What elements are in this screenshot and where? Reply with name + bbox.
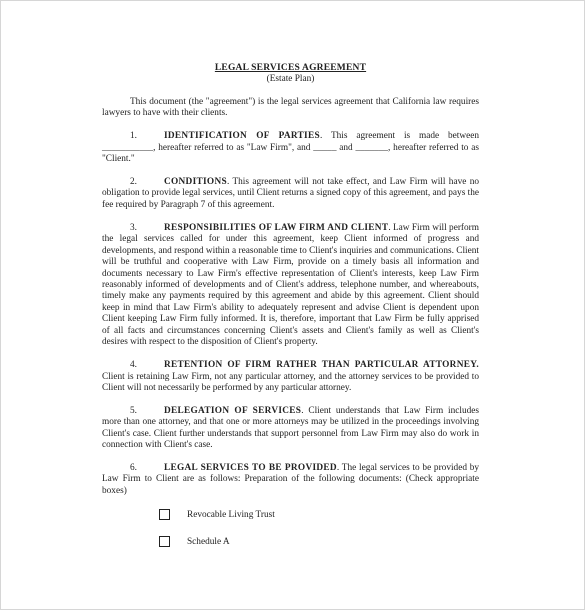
- section-heading: CONDITIONS: [164, 177, 227, 187]
- checklist-item-schedule-a[interactable]: Schedule A: [102, 536, 479, 563]
- section-number: 3.: [130, 223, 164, 234]
- section-heading: LEGAL SERVICES TO BE PROVIDED: [164, 463, 337, 473]
- checklist-item-revocable-living-trust[interactable]: Revocable Living Trust: [102, 509, 479, 536]
- section-number: 2.: [130, 177, 164, 188]
- section-heading: RETENTION OF FIRM RATHER THAN PARTICULAR…: [164, 360, 479, 370]
- section-6: 6.LEGAL SERVICES TO BE PROVIDED. The leg…: [102, 463, 479, 497]
- document-checklist: Revocable Living Trust Schedule A: [102, 509, 479, 563]
- section-text: . Law Firm will perform the legal servic…: [102, 223, 479, 348]
- section-2: 2.CONDITIONS. This agreement will not ta…: [102, 177, 479, 211]
- section-heading: IDENTIFICATION OF PARTIES: [164, 131, 320, 141]
- section-3: 3.RESPONSIBILITIES OF LAW FIRM AND CLIEN…: [102, 223, 479, 349]
- document-body: LEGAL SERVICES AGREEMENT (Estate Plan) T…: [102, 63, 479, 563]
- section-number: 5.: [130, 406, 164, 417]
- checkbox-revocable-living-trust[interactable]: [159, 509, 170, 520]
- section-number: 6.: [130, 463, 164, 474]
- checkbox-schedule-a[interactable]: [159, 536, 170, 547]
- section-number: 1.: [130, 131, 164, 142]
- section-heading: RESPONSIBILITIES OF LAW FIRM AND CLIENT: [164, 223, 388, 233]
- checkbox-label: Revocable Living Trust: [187, 510, 275, 521]
- document-subtitle: (Estate Plan): [102, 74, 479, 85]
- section-text: Client is retaining Law Firm, not any pa…: [102, 372, 479, 393]
- document-title: LEGAL SERVICES AGREEMENT: [102, 63, 479, 74]
- section-number: 4.: [130, 360, 164, 371]
- intro-paragraph: This document (the "agreement") is the l…: [102, 97, 479, 120]
- section-5: 5.DELEGATION OF SERVICES. Client underst…: [102, 406, 479, 452]
- section-4: 4.RETENTION OF FIRM RATHER THAN PARTICUL…: [102, 360, 479, 394]
- document-page: LEGAL SERVICES AGREEMENT (Estate Plan) T…: [0, 0, 585, 610]
- section-1: 1.IDENTIFICATION OF PARTIES. This agreem…: [102, 131, 479, 165]
- section-heading: DELEGATION OF SERVICES: [164, 406, 301, 416]
- checkbox-label: Schedule A: [187, 537, 230, 548]
